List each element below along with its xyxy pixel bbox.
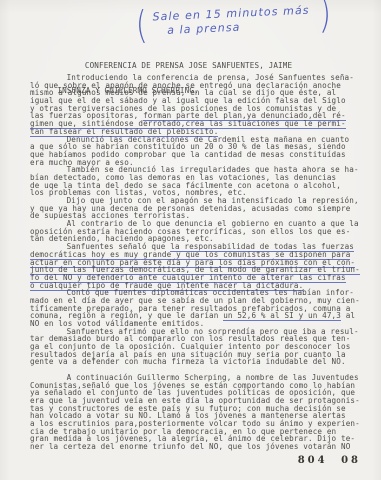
scanned-document-page: ( Sale en 15 minutos más a la prensa ) C… <box>0 0 381 480</box>
typed-text-line: ner la certeza del enorme triunfo del NO… <box>30 443 374 451</box>
handwritten-paren-close: ) <box>319 0 331 34</box>
handwritten-margin-note: ( Sale en 15 minutos más a la prensa ) <box>133 0 333 44</box>
handwritten-paren-open: ( <box>135 6 148 44</box>
typed-text-line: gente va a defender con mucha firmeza la… <box>30 358 374 366</box>
document-body: Introduciendo la conferencia de prensa, … <box>30 74 374 451</box>
note-line-2: a la prensa <box>153 21 241 38</box>
handwritten-note-text: Sale en 15 minutos más a la prensa <box>148 3 318 38</box>
typed-text: gente va a defender con mucha firmeza la… <box>30 357 346 366</box>
typed-text: ner la certeza del enorme triunfo del NO… <box>30 442 350 451</box>
page-number-stamp: 804 08 <box>298 455 361 466</box>
typed-text: al <box>341 311 355 320</box>
title-line-1: CONFERENCIA DE PRENSA JOSE SANFUENTES, J… <box>30 62 292 70</box>
pen-underlined-text: un 52,6 % al SI y un 47,3 <box>223 311 341 321</box>
